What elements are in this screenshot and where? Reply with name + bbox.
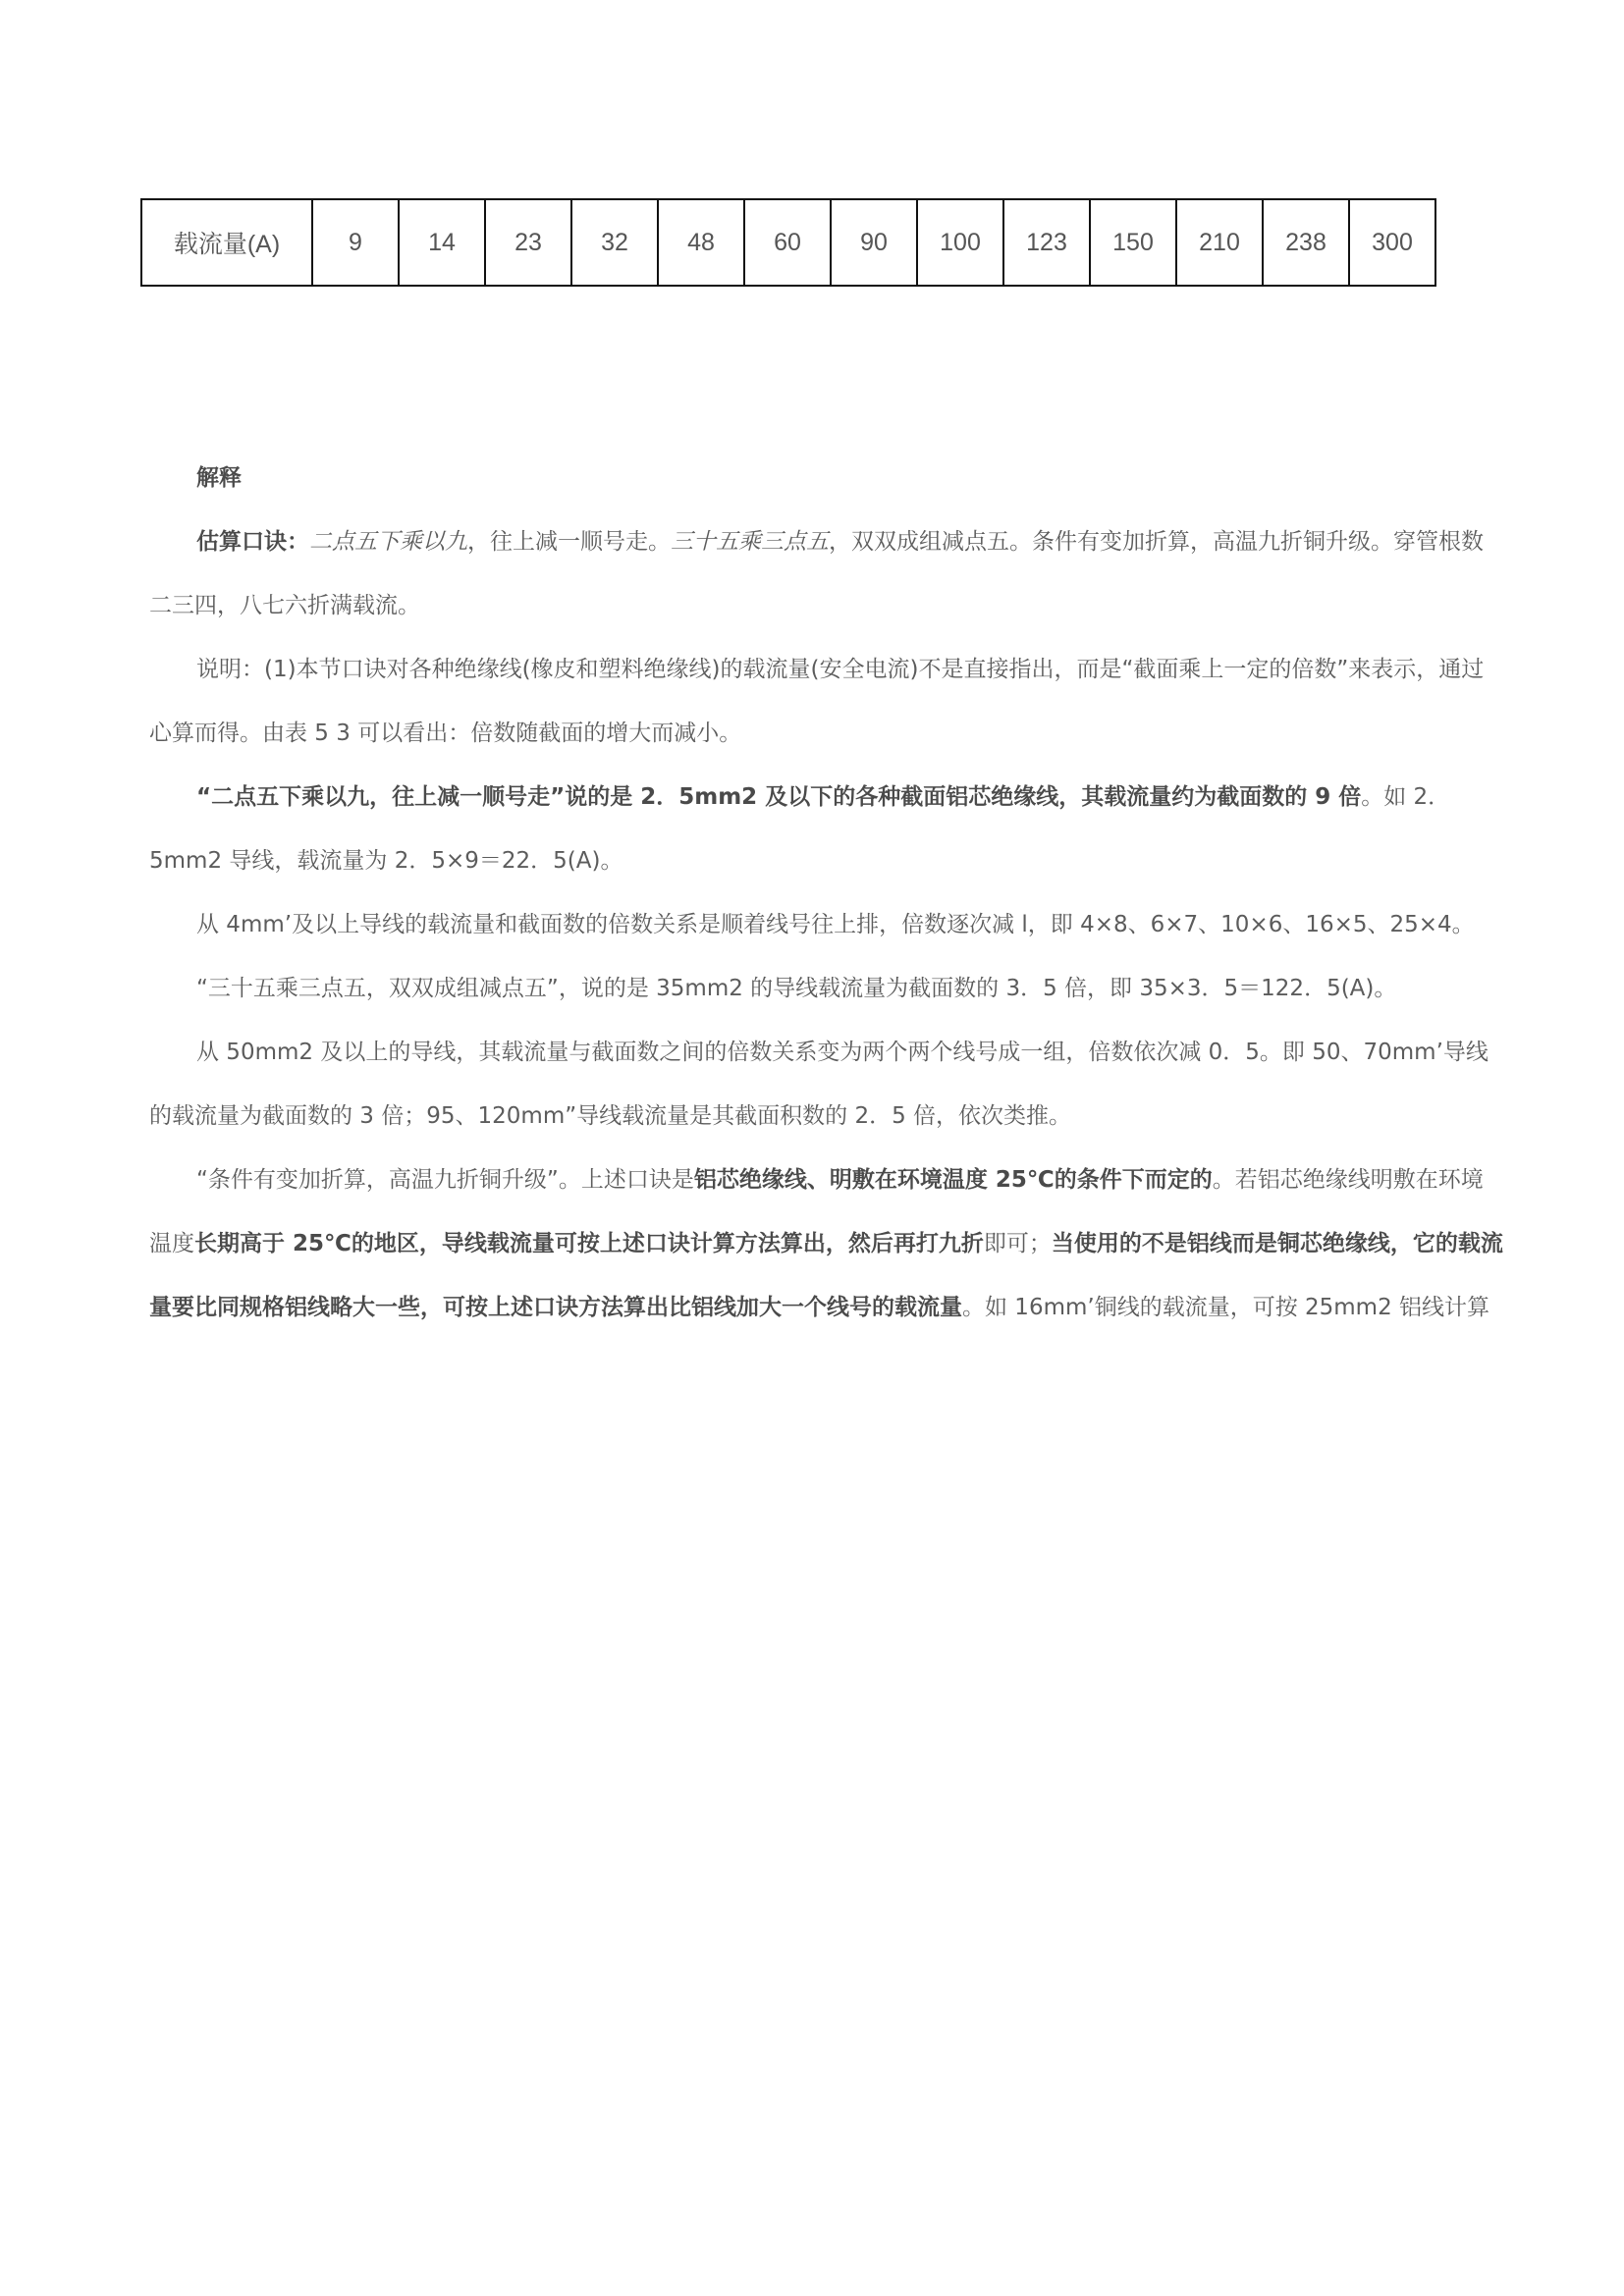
conditions-text-1: “条件有变加折算，高温九折铜升级”。上述口诀是 bbox=[196, 1167, 694, 1193]
table-cell: 238 bbox=[1263, 199, 1349, 286]
mnemonic-phrase-1: 二点五下乘以九 bbox=[309, 529, 467, 555]
paragraph-rule-4-up: 从 4mm’及以上导线的载流量和截面数的倍数关系是顺着线号往上排，倍数逐次减 l… bbox=[149, 893, 1504, 957]
ampacity-table: 载流量(A) 9 14 23 32 48 60 90 100 123 150 2… bbox=[140, 198, 1436, 287]
table-header-cell: 载流量(A) bbox=[141, 199, 312, 286]
document-page: 载流量(A) 9 14 23 32 48 60 90 100 123 150 2… bbox=[0, 0, 1624, 2296]
conditions-bold-2: 长期高于 25℃的地区，导线载流量可按上述口诀计算方法算出，然后再打九折 bbox=[194, 1231, 984, 1256]
conditions-bold-1: 铝芯绝缘线、明敷在环境温度 25℃的条件下而定的 bbox=[694, 1167, 1213, 1193]
paragraph-mnemonic: 估算口诀：二点五下乘以九，往上减一顺号走。三十五乘三点五，双双成组减点五。条件有… bbox=[149, 510, 1504, 638]
table-cell: 100 bbox=[917, 199, 1003, 286]
explanation-section: 解释 估算口诀：二点五下乘以九，往上减一顺号走。三十五乘三点五，双双成组减点五。… bbox=[149, 447, 1504, 1340]
section-title: 解释 bbox=[149, 447, 1504, 510]
table-cell: 150 bbox=[1090, 199, 1176, 286]
table-cell: 123 bbox=[1003, 199, 1090, 286]
paragraph-rule-35: “三十五乘三点五，双双成组减点五”，说的是 35mm2 的导线载流量为截面数的 … bbox=[149, 957, 1504, 1021]
table-cell: 90 bbox=[831, 199, 917, 286]
table-cell: 32 bbox=[571, 199, 658, 286]
paragraph-rule-2-5: “二点五下乘以九，往上减一顺号走”说的是 2．5mm2 及以下的各种截面铝芯绝缘… bbox=[149, 766, 1504, 893]
paragraph-description: 说明：(1)本节口诀对各种绝缘线(橡皮和塑料绝缘线)的载流量(安全电流)不是直接… bbox=[149, 638, 1504, 766]
table-cell: 210 bbox=[1176, 199, 1263, 286]
table-cell: 300 bbox=[1349, 199, 1435, 286]
table-cell: 14 bbox=[399, 199, 485, 286]
table-cell: 9 bbox=[312, 199, 399, 286]
conditions-text-4: 。如 16mm’铜线的载流量，可按 25mm2 铝线计算 bbox=[962, 1295, 1489, 1320]
conditions-text-3: 即可； bbox=[984, 1231, 1052, 1256]
mnemonic-phrase-2: 三十五乘三点五 bbox=[671, 529, 829, 555]
mnemonic-text-1: ，往上减一顺号走。 bbox=[467, 529, 671, 555]
paragraph-rule-50-up: 从 50mm2 及以上的导线，其载流量与截面数之间的倍数关系变为两个两个线号成一… bbox=[149, 1021, 1504, 1148]
table-cell: 60 bbox=[744, 199, 831, 286]
mnemonic-label: 估算口诀： bbox=[196, 529, 309, 555]
table-row: 载流量(A) 9 14 23 32 48 60 90 100 123 150 2… bbox=[141, 199, 1435, 286]
rule-2-5-bold: “二点五下乘以九，往上减一顺号走”说的是 2．5mm2 及以下的各种截面铝芯绝缘… bbox=[196, 784, 1361, 810]
paragraph-conditions: “条件有变加折算，高温九折铜升级”。上述口诀是铝芯绝缘线、明敷在环境温度 25℃… bbox=[149, 1148, 1504, 1340]
table-cell: 23 bbox=[485, 199, 571, 286]
table-cell: 48 bbox=[658, 199, 744, 286]
